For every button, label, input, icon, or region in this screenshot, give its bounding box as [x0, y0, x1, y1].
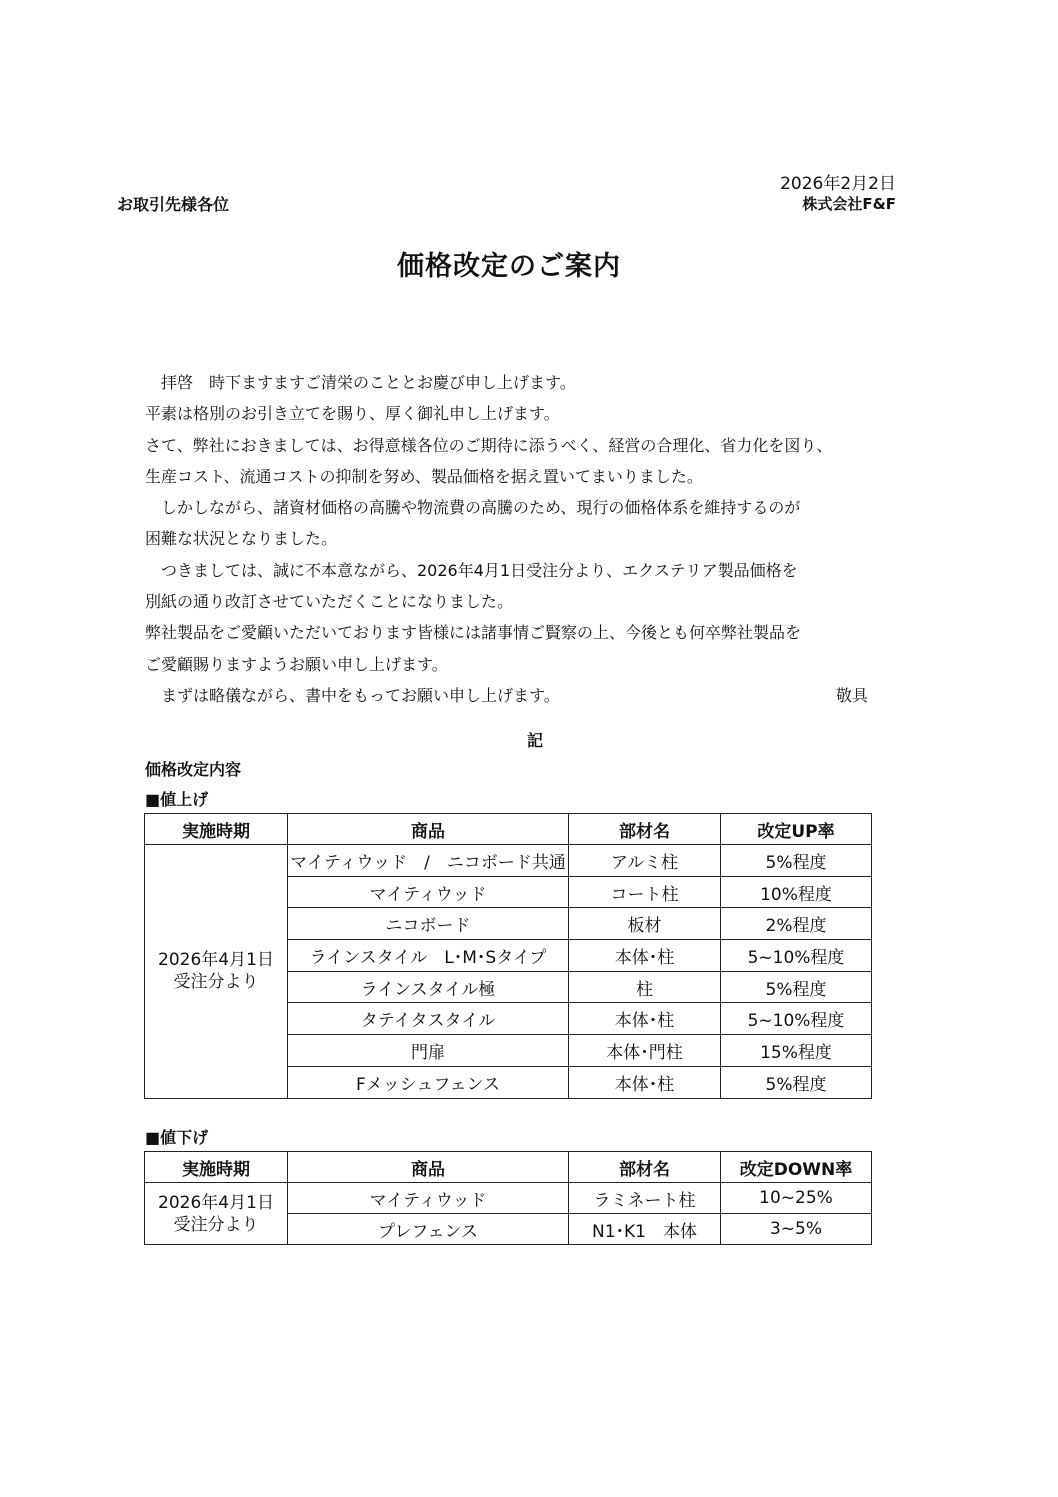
part-cell: N1･K1 本体 [569, 1214, 721, 1245]
document-date: 2026年2月2日 [780, 169, 896, 194]
body-paragraph: 平素は格別のお引き立てを賜り、厚く御礼申し上げます。 [145, 398, 885, 429]
rate-cell: 5%程度 [721, 845, 872, 877]
closing-word: 敬具 [836, 683, 868, 706]
rate-cell: 3~5% [721, 1214, 872, 1245]
body-paragraph: まずは略儀ながら、書中をもってお願い申し上げます。 [145, 680, 885, 711]
company-name: 株式会社F&F [802, 193, 896, 214]
body-paragraph: 別紙の通り改訂させていただくことになりました。 [145, 586, 885, 617]
period-note: 受注分より [145, 1214, 287, 1236]
table-header-row: 実施時期 商品 部材名 改定UP率 [145, 814, 872, 845]
product-cell: ニコボード [288, 908, 569, 940]
header-period: 実施時期 [145, 814, 288, 845]
header-product: 商品 [288, 814, 569, 845]
rate-cell: 10~25% [721, 1183, 872, 1214]
body-paragraph: 生産コスト、流通コストの抑制を努め、製品価格を据え置いてまいりました。 [145, 461, 885, 492]
period-date: 2026年4月1日 [145, 1192, 287, 1214]
letter-body: 拝啓 時下ますますご清栄のこととお慶び申し上げます。 平素は格別のお引き立てを賜… [145, 367, 885, 711]
product-cell: マイティウッド [288, 876, 569, 908]
part-cell: 本体･柱 [569, 940, 721, 972]
part-cell: 本体･柱 [569, 1066, 721, 1098]
part-cell: 本体･門柱 [569, 1035, 721, 1067]
section-title: 価格改定内容 [145, 757, 241, 780]
body-paragraph: さて、弊社におきましては、お得意様各位のご期待に添うべく、経営の合理化、省力化を… [145, 430, 885, 461]
product-cell: ラインスタイル極 [288, 971, 569, 1003]
price-down-label: ■値下げ [145, 1125, 208, 1148]
header-product: 商品 [288, 1152, 569, 1183]
rate-cell: 5~10%程度 [721, 940, 872, 972]
table-row: 2026年4月1日 受注分より マイティウッド / ニコボード共通 アルミ柱 5… [145, 845, 872, 877]
header-part: 部材名 [569, 814, 721, 845]
part-cell: アルミ柱 [569, 845, 721, 877]
product-cell: 門扉 [288, 1035, 569, 1067]
header-part: 部材名 [569, 1152, 721, 1183]
body-paragraph: ご愛顧賜りますようお願い申し上げます。 [145, 649, 885, 680]
ki-heading: 記 [0, 728, 1058, 751]
page-title: 価格改定のご案内 [0, 244, 1018, 283]
period-date: 2026年4月1日 [145, 949, 287, 971]
header-rate: 改定DOWN率 [721, 1152, 872, 1183]
period-note: 受注分より [145, 971, 287, 993]
price-down-table: 実施時期 商品 部材名 改定DOWN率 2026年4月1日 受注分より マイティ… [144, 1151, 872, 1245]
table-row: 2026年4月1日 受注分より マイティウッド ラミネート柱 10~25% [145, 1183, 872, 1214]
price-up-label: ■値上げ [145, 787, 208, 810]
part-cell: ラミネート柱 [569, 1183, 721, 1214]
period-cell: 2026年4月1日 受注分より [145, 1183, 288, 1245]
product-cell: マイティウッド [288, 1183, 569, 1214]
rate-cell: 10%程度 [721, 876, 872, 908]
rate-cell: 15%程度 [721, 1035, 872, 1067]
header-period: 実施時期 [145, 1152, 288, 1183]
body-paragraph: 困難な状況となりました。 [145, 523, 885, 554]
rate-cell: 5%程度 [721, 971, 872, 1003]
part-cell: 板材 [569, 908, 721, 940]
recipient-line: お取引先様各位 [117, 192, 229, 215]
price-up-table: 実施時期 商品 部材名 改定UP率 2026年4月1日 受注分より マイティウッ… [144, 813, 872, 1099]
body-paragraph: 弊社製品をご愛顧いただいております皆様には諸事情ご賢察の上、今後とも何卒弊社製品… [145, 617, 885, 648]
product-cell: Fメッシュフェンス [288, 1066, 569, 1098]
body-paragraph: 拝啓 時下ますますご清栄のこととお慶び申し上げます。 [145, 367, 885, 398]
product-cell: マイティウッド / ニコボード共通 [288, 845, 569, 877]
part-cell: 柱 [569, 971, 721, 1003]
product-cell: プレフェンス [288, 1214, 569, 1245]
rate-cell: 2%程度 [721, 908, 872, 940]
product-cell: タテイタスタイル [288, 1003, 569, 1035]
header-rate: 改定UP率 [721, 814, 872, 845]
table-header-row: 実施時期 商品 部材名 改定DOWN率 [145, 1152, 872, 1183]
body-paragraph: しかしながら、諸資材価格の高騰や物流費の高騰のため、現行の価格体系を維持するのが [145, 492, 885, 523]
rate-cell: 5~10%程度 [721, 1003, 872, 1035]
part-cell: コート柱 [569, 876, 721, 908]
body-paragraph: つきましては、誠に不本意ながら、2026年4月1日受注分より、エクステリア製品価… [145, 555, 885, 586]
rate-cell: 5%程度 [721, 1066, 872, 1098]
product-cell: ラインスタイル L･M･Sタイプ [288, 940, 569, 972]
period-cell: 2026年4月1日 受注分より [145, 845, 288, 1099]
part-cell: 本体･柱 [569, 1003, 721, 1035]
